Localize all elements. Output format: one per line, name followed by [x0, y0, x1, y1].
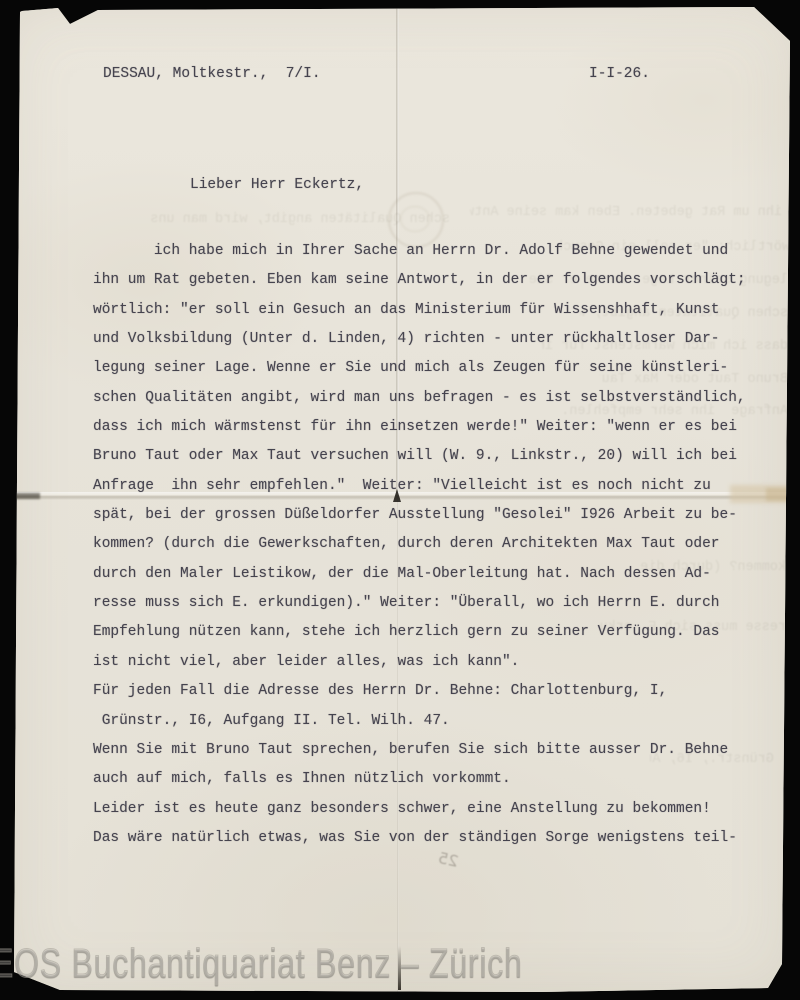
letter-line: ist nicht viel, aber leider alles, was i…	[93, 648, 763, 677]
letter-line: Anfrage ihn sehr empfehlen." Weiter: "Vi…	[93, 472, 763, 501]
letter-line: und Volksbildung (Unter d. Linden, 4) ri…	[93, 325, 763, 354]
pencil-mark: 25	[436, 848, 460, 871]
ink-bleedthrough-line: ihn um Rat gebeten. Eben kam seine Antwo…	[470, 205, 782, 220]
letter-line: spät, bei der grossen Düßeldorfer Ausste…	[93, 501, 763, 530]
letter-line: ich habe mich in Ihrer Sache an Herrn Dr…	[93, 237, 763, 266]
letter-line: Für jeden Fall die Adresse des Herrn Dr.…	[93, 677, 763, 706]
fold-bottom-tick	[398, 946, 401, 990]
letter-line: ihn um Rat gebeten. Eben kam seine Antwo…	[93, 266, 763, 295]
letter-paper: schen Qualitäten angibt, wird man uns be…	[0, 0, 800, 1000]
fold-shadow-left	[0, 493, 40, 499]
letter-line: Das wäre natürlich etwas, was Sie von de…	[93, 824, 763, 853]
letter-body: ich habe mich in Ihrer Sache an Herrn Dr…	[93, 237, 763, 853]
sender-address-line: DESSAU, Moltkestr., 7/I.	[103, 66, 321, 82]
fold-discoloration-right-edge	[766, 488, 792, 501]
letter-line: legung seiner Lage. Wenne er Sie und mic…	[93, 354, 763, 383]
letter-line: Grünstr., I6, Aufgang II. Tel. Wilh. 47.	[93, 707, 763, 736]
letter-line: kommen? (durch die Gewerkschaften, durch…	[93, 530, 763, 559]
letter-line: resse muss sich E. erkundigen)." Weiter:…	[93, 589, 763, 618]
letter-line: durch den Maler Leistikow, der die Mal-O…	[93, 560, 763, 589]
scan-background: schen Qualitäten angibt, wird man uns be…	[0, 0, 800, 1000]
letter-line: schen Qualitäten angibt, wird man uns be…	[93, 384, 763, 413]
letter-line: dass ich mich wärmstenst für ihn einsetz…	[93, 413, 763, 442]
letter-line: Wenn Sie mit Bruno Taut sprechen, berufe…	[93, 736, 763, 765]
letter-line: Leider ist es heute ganz besonders schwe…	[93, 795, 763, 824]
letter-line: Empfehlung nützen kann, stehe ich herzli…	[93, 618, 763, 647]
round-stamp-ghost-inner	[400, 206, 430, 232]
letter-line: auch auf mich, falls es Ihnen nützlich v…	[93, 765, 763, 794]
letter-line: Bruno Taut oder Max Taut versuchen will …	[93, 442, 763, 471]
date-line: I-I-26.	[589, 66, 650, 82]
letter-line: wörtlich: "er soll ein Gesuch an das Min…	[93, 296, 763, 325]
salutation-line: Lieber Herr Eckertz,	[190, 177, 364, 193]
